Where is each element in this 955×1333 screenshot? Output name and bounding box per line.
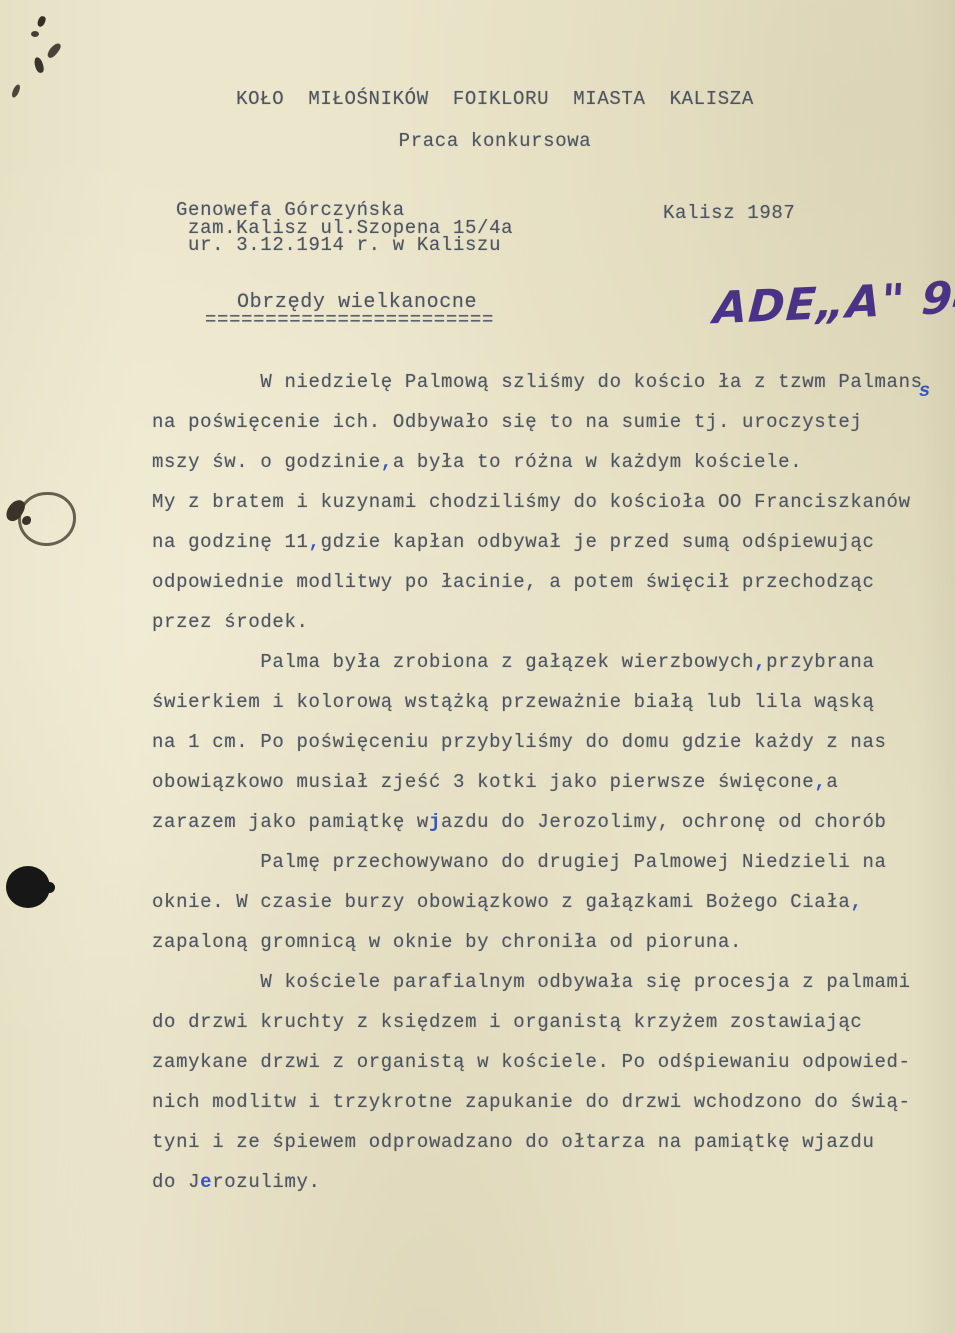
typed-line: W kościele parafialnym odbywała się proc… — [152, 962, 935, 1002]
typed-line: do Jerozulimy. — [152, 1162, 935, 1202]
typed-line: obowiązkowo musiał zjeść 3 kotki jako pi… — [152, 762, 935, 802]
typed-line: tyni i ze śpiewem odprowadzano do ołtarz… — [152, 1122, 935, 1162]
typed-line: W niedzielę Palmową szliśmy do kościo ła… — [152, 362, 935, 402]
author-line: ur. 3.12.1914 r. w Kaliszu — [176, 237, 513, 255]
scanned-document-page: KOŁO MIŁOŚNIKÓW FOIKLORU MIASTA KALISZA … — [0, 0, 955, 1333]
typed-line: zarazem jako pamiątkę wjazdu do Jerozoli… — [152, 802, 935, 842]
handwritten-correction: , — [381, 451, 393, 473]
ink-speck — [36, 15, 46, 28]
typed-line: oknie. W czasie burzy obowiązkowo z gałą… — [152, 882, 935, 922]
handwritten-correction: s — [919, 380, 931, 402]
typed-line: zapaloną gromnicą w oknie by chroniła od… — [152, 922, 935, 962]
typed-line: świerkiem i kolorową wstążką przeważnie … — [152, 682, 935, 722]
archive-number-main: ADE„A" 942 — [712, 270, 955, 334]
hole-punch-dot — [44, 882, 55, 893]
organization-title: KOŁO MIŁOŚNIKÓW FOIKLORU MIASTA KALISZA — [0, 88, 955, 110]
typed-line: zamykane drzwi z organistą w kościele. P… — [152, 1042, 935, 1082]
ink-speck — [46, 41, 63, 59]
document-subtitle: Praca konkursowa — [0, 130, 955, 152]
place-year: Kalisz 1987 — [663, 202, 795, 224]
handwritten-correction: e — [200, 1171, 212, 1193]
typed-line: na godzinę 11,gdzie kapłan odbywał je pr… — [152, 522, 935, 562]
author-block: Genowefa Górczyńska zam.Kalisz ul.Szopen… — [176, 202, 513, 255]
typed-line: do drzwi kruchty z księdzem i organistą … — [152, 1002, 935, 1042]
handwritten-correction: , — [850, 891, 862, 913]
handwritten-correction: j — [429, 811, 441, 833]
handwritten-correction: , — [814, 771, 826, 793]
ink-speck — [31, 31, 39, 37]
typed-line: mszy św. o godzinie,a była to różna w ka… — [152, 442, 935, 482]
typed-line: na poświęcenie ich. Odbywało się to na s… — [152, 402, 935, 442]
body-text: W niedzielę Palmową szliśmy do kościo ła… — [152, 362, 935, 1202]
typed-line: odpowiednie modlitwy po łacinie, a potem… — [152, 562, 935, 602]
title-underline: ======================== — [205, 309, 494, 331]
ink-speck — [33, 56, 45, 73]
handwritten-correction: , — [754, 651, 766, 673]
typed-line: nich modlitw i trzykrotne zapukanie do d… — [152, 1082, 935, 1122]
typed-line: Palma była zrobiona z gałązek wierzbowyc… — [152, 642, 935, 682]
typed-line: Palmę przechowywano do drugiej Palmowej … — [152, 842, 935, 882]
handwritten-correction: , — [309, 531, 321, 553]
typed-line: na 1 cm. Po poświęceniu przybyliśmy do d… — [152, 722, 935, 762]
typed-line: przez środek. — [152, 602, 935, 642]
typed-line: My z bratem i kuzynami chodziliśmy do ko… — [152, 482, 935, 522]
